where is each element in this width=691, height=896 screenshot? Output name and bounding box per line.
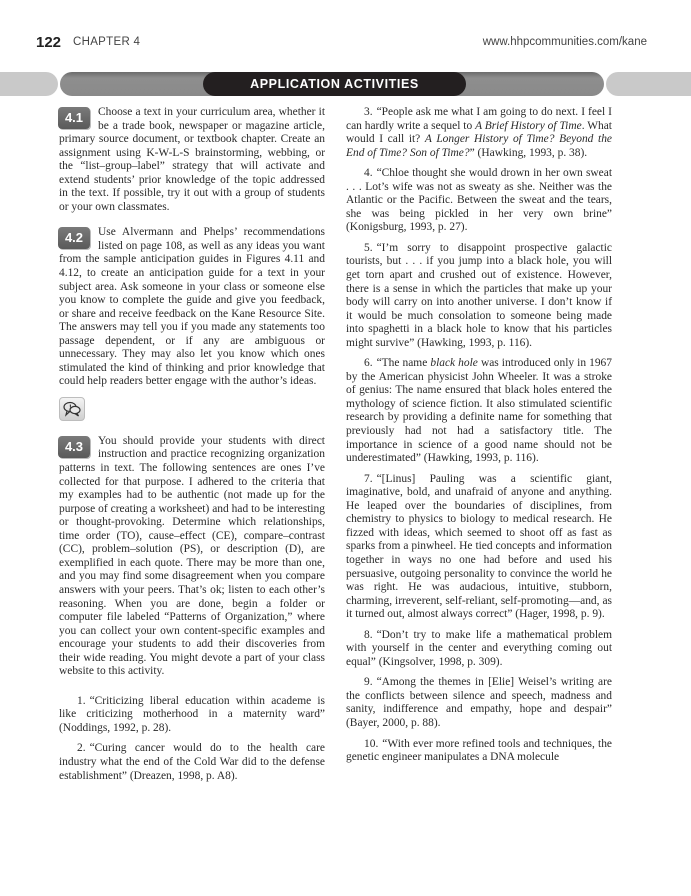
activity-text: Choose a text in your curriculum area, w… xyxy=(59,106,325,214)
activity-badge: 4.3 xyxy=(58,436,90,458)
quote-7: 7.“[Linus] Pauling was a scientific gian… xyxy=(346,473,612,622)
quote-9: 9.“Among the themes in [Elie] Weisel’s w… xyxy=(346,676,612,730)
activity-text: You should provide your students with di… xyxy=(59,435,325,679)
website-url: www.hhpcommunities.com/kane xyxy=(483,36,647,48)
quote-6: 6.“The name black hole was introduced on… xyxy=(346,357,612,465)
activity-badge: 4.1 xyxy=(58,107,90,129)
chapter-label: CHAPTER 4 xyxy=(73,36,140,48)
quote-4: 4.“Chloe thought she would drown in her … xyxy=(346,167,612,235)
speech-bubbles-icon: ! xyxy=(59,397,85,421)
activity-4-1: 4.1 Choose a text in your curriculum are… xyxy=(59,106,325,214)
page-number: 122 xyxy=(36,34,61,51)
banner-left-cap xyxy=(0,72,58,96)
left-column: 4.1 Choose a text in your curriculum are… xyxy=(59,106,325,790)
activity-text: Use Alvermann and Phelps’ recommendation… xyxy=(59,226,325,389)
quote-10: 10.“With ever more refined tools and tec… xyxy=(346,738,612,765)
quote-1: 1.“Criticizing liberal education within … xyxy=(59,695,325,736)
quote-3: 3.“People ask me what I am going to do n… xyxy=(346,106,612,160)
activity-4-3: 4.3 You should provide your students wit… xyxy=(59,435,325,679)
activity-badge: 4.2 xyxy=(58,227,90,249)
section-title: APPLICATION ACTIVITIES xyxy=(203,72,466,96)
section-banner: APPLICATION ACTIVITIES xyxy=(0,72,691,96)
activity-4-2: 4.2 Use Alvermann and Phelps’ recommenda… xyxy=(59,226,325,389)
banner-right-cap xyxy=(606,72,691,96)
right-column: 3.“People ask me what I am going to do n… xyxy=(346,106,612,772)
quote-8: 8.“Don’t try to make life a mathematical… xyxy=(346,629,612,670)
running-head: 122 CHAPTER 4 www.hhpcommunities.com/kan… xyxy=(36,34,647,54)
svg-text:!: ! xyxy=(69,404,72,411)
quote-2: 2.“Curing cancer would do to the health … xyxy=(59,742,325,783)
quote-5: 5.“I’m sorry to disappoint prospective g… xyxy=(346,242,612,350)
